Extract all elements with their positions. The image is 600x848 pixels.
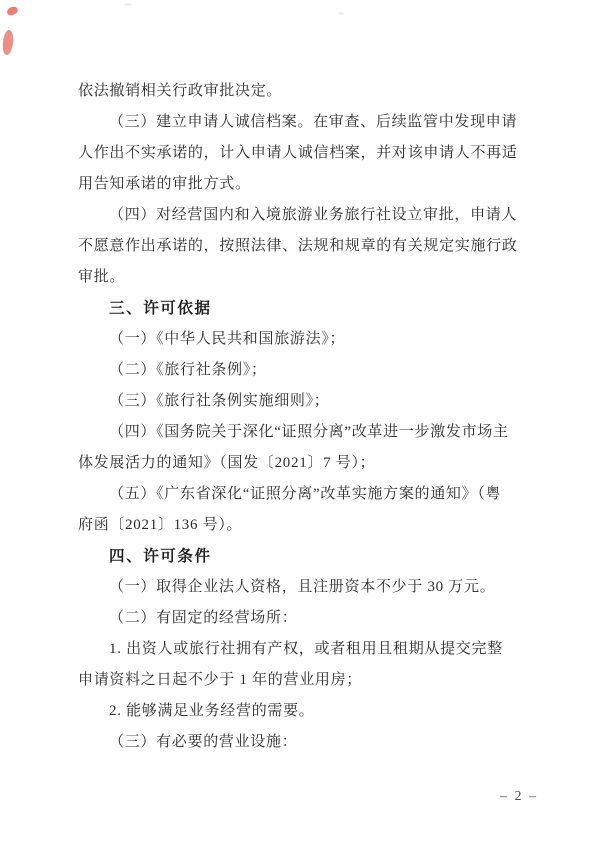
text-line: （三）建立申请人诚信档案。在审查、后续监管中发现申请	[78, 107, 538, 138]
text-line: （一）《中华人民共和国旅游法》；	[78, 324, 538, 355]
text-line: （二）《旅行社条例》；	[78, 355, 538, 386]
text-line: 2. 能够满足业务经营的需要。	[78, 696, 538, 727]
text-line: （四）《国务院关于深化“证照分离”改革进一步激发市场主	[78, 417, 538, 448]
text-line: 用告知承诺的审批方式。	[78, 169, 538, 200]
text-line: （二）有固定的经营场所：	[78, 603, 538, 634]
text-line: 依法撤销相关行政审批决定。	[78, 76, 538, 107]
text-line: （一）取得企业法人资格，且注册资本不少于 30 万元。	[78, 572, 538, 603]
scan-smudge	[338, 12, 344, 15]
text-line: （三）有必要的营业设施：	[78, 727, 538, 758]
text-line: （三）《旅行社条例实施细则》；	[78, 386, 538, 417]
text-line: 人作出不实承诺的，计入申请人诚信档案，并对该申请人不再适	[78, 138, 538, 169]
section-heading: 四、许可条件	[78, 541, 538, 572]
text-line: 1. 出资人或旅行社拥有产权，或者租用且租期从提交完整	[78, 634, 538, 665]
section-heading: 三、许可依据	[78, 293, 538, 324]
red-ink-mark-bottom	[2, 29, 15, 55]
text-line: （四）对经营国内和入境旅游业务旅行社设立审批，申请人	[78, 200, 538, 231]
text-line: 体发展活力的通知》（国发〔2021〕7 号）；	[78, 448, 538, 479]
document-body: 依法撤销相关行政审批决定。（三）建立申请人诚信档案。在审查、后续监管中发现申请人…	[78, 76, 538, 758]
text-line: 申请资料之日起不少于 1 年的营业用房；	[78, 665, 538, 696]
text-line: 审批。	[78, 262, 538, 293]
page-number: – 2 –	[500, 789, 538, 805]
text-line: 府函〔2021〕136 号）。	[78, 510, 538, 541]
text-line: （五）《广东省深化“证照分离”改革实施方案的通知》（粤	[78, 479, 538, 510]
document-page: 依法撤销相关行政审批决定。（三）建立申请人诚信档案。在审查、后续监管中发现申请人…	[0, 0, 600, 848]
text-line: 不愿意作出承诺的，按照法律、法规和规章的有关规定实施行政	[78, 231, 538, 262]
red-ink-mark-top	[6, 6, 19, 16]
scan-smudge	[124, 3, 132, 6]
